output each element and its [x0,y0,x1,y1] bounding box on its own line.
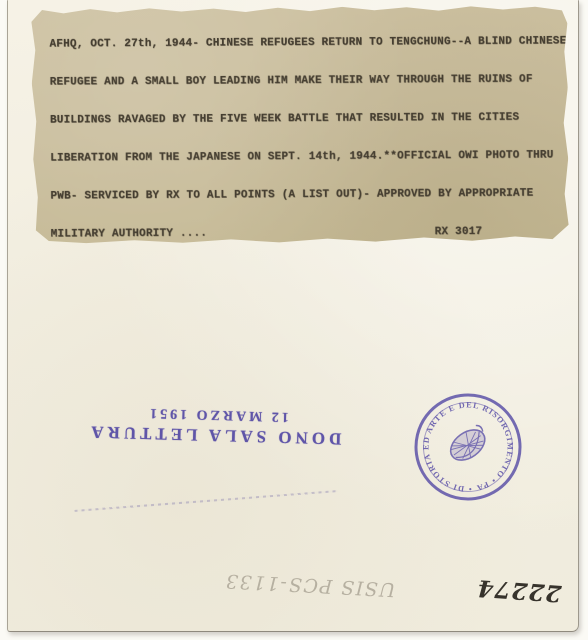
ink-inventory-number: 22274 [471,574,567,607]
caption-line-5: PWB- SERVICED BY RX TO ALL POINTS (A LIS… [50,178,562,219]
caption-line-4: LIBERATION FROM THE JAPANESE ON SEPT. 14… [50,140,562,181]
caption-line-6-text: MILITARY AUTHORITY .... [51,228,208,241]
caption-line-1: AFHQ, OCT. 27th, 1944- CHINESE REFUGEES … [49,26,561,67]
caption-line-2: REFUGEE AND A SMALL BOY LEADING HIM MAKE… [50,64,562,105]
dono-sala-lettura-stamp: DONO SALA LETTURA 12 MARZO 1951 [93,380,343,449]
caption-line-6: MILITARY AUTHORITY .... RX 3017 [51,216,563,257]
ink-smear-line [74,490,337,512]
pencil-catalog-number: USIS PCS-1133 [196,568,425,602]
typed-caption-slip: AFHQ, OCT. 27th, 1944- CHINESE REFUGEES … [31,4,568,244]
caption-line-3: BUILDINGS RAVAGED BY THE FIVE WEEK BATTL… [50,102,562,143]
shell-emblem-icon [445,422,492,466]
round-stamp-graphic: • DI STORIA ED ARTE E DEL RISORGIMENTO •… [405,384,531,510]
photo-number: RX 3017 [435,225,483,239]
dono-stamp-line1: DONO SALA LETTURA [93,422,341,449]
photo-verso-paper: AFHQ, OCT. 27th, 1944- CHINESE REFUGEES … [7,0,579,632]
caption-text-block: AFHQ, OCT. 27th, 1944- CHINESE REFUGEES … [49,26,562,257]
round-library-stamp: • DI STORIA ED ARTE E DEL RISORGIMENTO •… [405,384,531,510]
